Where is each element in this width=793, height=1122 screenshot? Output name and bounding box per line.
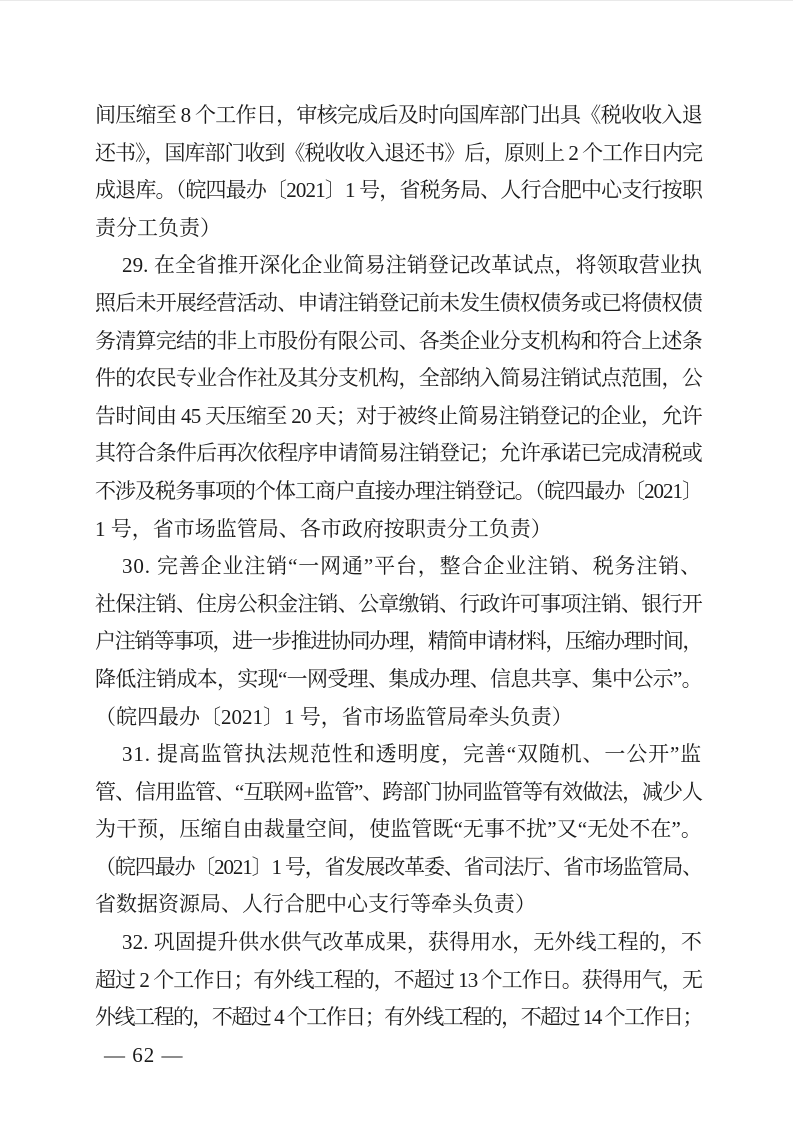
text-line-content: 省数据资源局、人行合肥中心支行等牵头负责） (95, 886, 536, 924)
text-line: 照后未开展经营活动、申请注销登记前未发生债权债务或已将债权债 (95, 285, 702, 323)
text-line-content: 间压缩至 8 个工作日，审核完成后及时向国库部门出具《税收收入退 (95, 97, 702, 135)
document-body: 间压缩至 8 个工作日，审核完成后及时向国库部门出具《税收收入退还书》，国库部门… (95, 97, 702, 1037)
text-line: 间压缩至 8 个工作日，审核完成后及时向国库部门出具《税收收入退 (95, 97, 702, 135)
document-page: { "page": { "background_color": "#ffffff… (0, 0, 793, 1122)
text-line: 外线工程的，不超过 4 个工作日；有外线工程的，不超过 14 个工作日； (95, 999, 702, 1037)
paragraph: 31. 提高监管执法规范性和透明度，完善“双随机、一公开”监管、信用监管、“互联… (95, 736, 702, 924)
text-line: 不涉及税务事项的个体工商户直接办理注销登记。（皖四最办〔2021〕 (95, 473, 702, 511)
paragraph: 30. 完善企业注销“一网通”平台，整合企业注销、税务注销、社保注销、住房公积金… (95, 548, 702, 736)
text-line-content: 29. 在全省推开深化企业简易注销登记改革试点，将领取营业执 (122, 247, 702, 285)
text-line: 1 号，省市场监管局、各市政府按职责分工负责） (95, 511, 702, 549)
text-line: 还书》，国库部门收到《税收收入退还书》后，原则上 2 个工作日内完 (95, 135, 702, 173)
text-line: 31. 提高监管执法规范性和透明度，完善“双随机、一公开”监 (95, 736, 702, 774)
text-line: 告时间由 45 天压缩至 20 天；对于被终止简易注销登记的企业，允许 (95, 398, 702, 436)
text-line-content: 还书》，国库部门收到《税收收入退还书》后，原则上 2 个工作日内完 (95, 135, 702, 173)
text-line: 务清算完结的非上市股份有限公司、各类企业分支机构和符合上述条 (95, 323, 702, 361)
text-line: 件的农民专业合作社及其分支机构，全部纳入简易注销试点范围，公 (95, 360, 702, 398)
paragraph: 29. 在全省推开深化企业简易注销登记改革试点，将领取营业执照后未开展经营活动、… (95, 247, 702, 548)
text-line: 降低注销成本，实现“一网受理、集成办理、信息共享、集中公示”。 (95, 661, 702, 699)
text-line-content: 1 号，省市场监管局、各市政府按职责分工负责） (95, 511, 552, 549)
text-line: 为干预，压缩自由裁量空间，使监管既“无事不扰”又“无处不在”。 (95, 811, 702, 849)
text-line-content: 超过 2 个工作日；有外线工程的，不超过 13 个工作日。获得用气，无 (95, 962, 702, 1000)
text-line: 30. 完善企业注销“一网通”平台，整合企业注销、税务注销、 (95, 548, 702, 586)
text-line: 管、信用监管、“互联网+监管”、跨部门协同监管等有效做法，减少人 (95, 774, 702, 812)
text-line: 成退库。（皖四最办〔2021〕1 号，省税务局、人行合肥中心支行按职 (95, 172, 702, 210)
paragraph: 间压缩至 8 个工作日，审核完成后及时向国库部门出具《税收收入退还书》，国库部门… (95, 97, 702, 247)
text-line: 29. 在全省推开深化企业简易注销登记改革试点，将领取营业执 (95, 247, 702, 285)
text-line: 户注销等事项，进一步推进协同办理，精简申请材料，压缩办理时间， (95, 623, 702, 661)
text-line-content: 告时间由 45 天压缩至 20 天；对于被终止简易注销登记的企业，允许 (95, 398, 702, 436)
text-line-content: 社保注销、住房公积金注销、公章缴销、行政许可事项注销、银行开 (95, 586, 702, 624)
text-line: （皖四最办〔2021〕1 号，省发展改革委、省司法厅、省市场监管局、 (95, 849, 702, 887)
text-line-content: 照后未开展经营活动、申请注销登记前未发生债权债务或已将债权债 (95, 285, 702, 323)
page-top-edge (0, 0, 793, 1)
text-line: 社保注销、住房公积金注销、公章缴销、行政许可事项注销、银行开 (95, 586, 702, 624)
text-line-content: 成退库。（皖四最办〔2021〕1 号，省税务局、人行合肥中心支行按职 (95, 172, 702, 210)
text-line: 责分工负责） (95, 210, 702, 248)
text-line-content: 责分工负责） (95, 210, 221, 248)
page-number: — 62 — (104, 1041, 184, 1069)
text-line: 省数据资源局、人行合肥中心支行等牵头负责） (95, 886, 702, 924)
text-line-content: 户注销等事项，进一步推进协同办理，精简申请材料，压缩办理时间， (95, 623, 702, 661)
text-line-content: 务清算完结的非上市股份有限公司、各类企业分支机构和符合上述条 (95, 323, 702, 361)
text-line-content: 为干预，压缩自由裁量空间，使监管既“无事不扰”又“无处不在”。 (95, 811, 702, 849)
text-line-content: 件的农民专业合作社及其分支机构，全部纳入简易注销试点范围，公 (95, 360, 702, 398)
text-line-content: （皖四最办〔2021〕1 号，省市场监管局牵头负责） (95, 699, 573, 737)
text-line-content: 不涉及税务事项的个体工商户直接办理注销登记。（皖四最办〔2021〕 (95, 473, 702, 511)
text-line-content: 其符合条件后再次依程序申请简易注销登记；允许承诺已完成清税或 (95, 435, 702, 473)
text-line-content: 31. 提高监管执法规范性和透明度，完善“双随机、一公开”监 (122, 736, 702, 774)
text-line-content: 降低注销成本，实现“一网受理、集成办理、信息共享、集中公示”。 (95, 661, 702, 699)
text-line-content: 外线工程的，不超过 4 个工作日；有外线工程的，不超过 14 个工作日； (95, 999, 702, 1037)
text-line: （皖四最办〔2021〕1 号，省市场监管局牵头负责） (95, 699, 702, 737)
text-line-content: （皖四最办〔2021〕1 号，省发展改革委、省司法厅、省市场监管局、 (95, 849, 702, 887)
text-line-content: 32. 巩固提升供水供气改革成果，获得用水，无外线工程的，不 (122, 924, 702, 962)
paragraph: 32. 巩固提升供水供气改革成果，获得用水，无外线工程的，不超过 2 个工作日；… (95, 924, 702, 1037)
text-line-content: 管、信用监管、“互联网+监管”、跨部门协同监管等有效做法，减少人 (95, 774, 702, 812)
text-line: 32. 巩固提升供水供气改革成果，获得用水，无外线工程的，不 (95, 924, 702, 962)
text-line: 其符合条件后再次依程序申请简易注销登记；允许承诺已完成清税或 (95, 435, 702, 473)
text-line-content: 30. 完善企业注销“一网通”平台，整合企业注销、税务注销、 (122, 548, 702, 586)
text-line: 超过 2 个工作日；有外线工程的，不超过 13 个工作日。获得用气，无 (95, 962, 702, 1000)
